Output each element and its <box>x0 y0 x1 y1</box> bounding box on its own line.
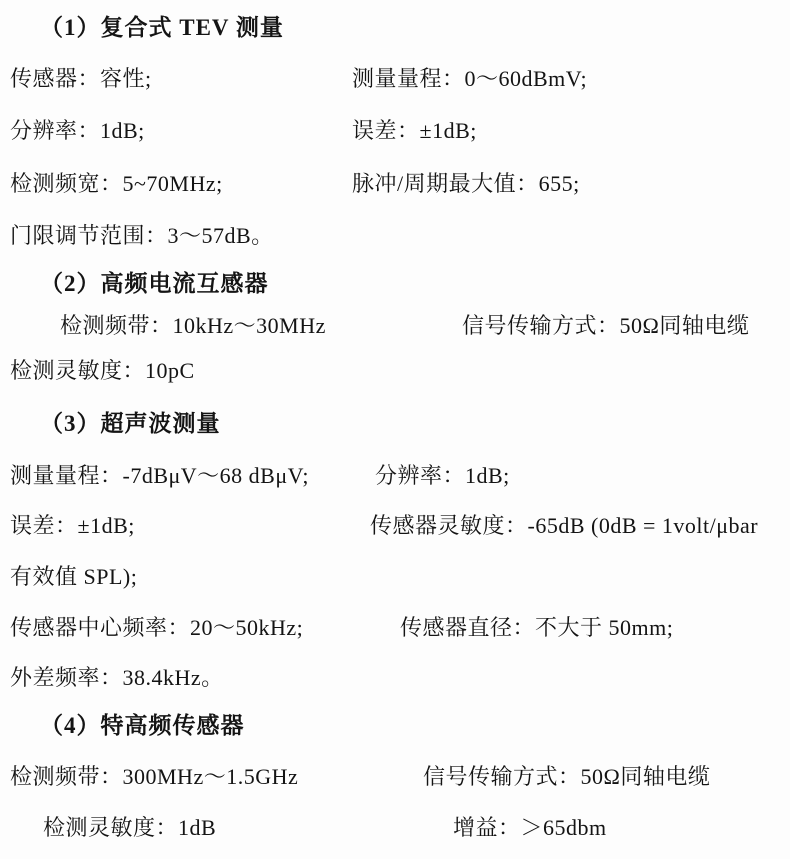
spec-ae-sensor-diameter: 传感器直径：不大于 50mm; <box>400 614 673 642</box>
spec-uhf-signal-transmission: 信号传输方式：50Ω同轴电缆 <box>423 763 710 791</box>
heading-uhf-sensor: （4）特高频传感器 <box>40 712 245 740</box>
spec-uhf-gain: 增益：＞65dbm <box>453 814 607 842</box>
spec-ae-resolution: 分辨率：1dB; <box>375 462 510 490</box>
spec-document-page: （1）复合式 TEV 测量 传感器：容性; 测量量程：0～60dBmV; 分辨率… <box>0 0 790 859</box>
spec-uhf-band: 检测频带：300MHz～1.5GHz <box>10 763 298 791</box>
spec-ae-range: 测量量程：-7dBμV～68 dBμV; <box>10 462 309 490</box>
spec-hfct-band: 检测频带：10kHz～30MHz <box>60 312 326 340</box>
heading-composite-tev-measurement: （1）复合式 TEV 测量 <box>40 14 284 42</box>
spec-error: 误差：±1dB; <box>352 117 477 145</box>
spec-ae-sensor-sensitivity: 传感器灵敏度：-65dB (0dB = 1volt/μbar <box>370 512 758 540</box>
heading-hf-current-transformer: （2）高频电流互感器 <box>40 270 269 298</box>
spec-pulse-cycle-max: 脉冲/周期最大值：655; <box>352 170 580 198</box>
spec-threshold-range: 门限调节范围：3～57dB。 <box>10 222 274 250</box>
spec-ae-sensitivity-continuation: 有效值 SPL); <box>10 563 137 591</box>
spec-measure-range: 测量量程：0～60dBmV; <box>352 65 587 93</box>
spec-ae-error: 误差：±1dB; <box>10 512 135 540</box>
spec-resolution: 分辨率：1dB; <box>10 117 145 145</box>
spec-detect-bandwidth: 检测频宽：5~70MHz; <box>10 170 223 198</box>
spec-uhf-sensitivity: 检测灵敏度：1dB <box>43 814 216 842</box>
spec-hfct-signal-transmission: 信号传输方式：50Ω同轴电缆 <box>462 312 749 340</box>
heading-ultrasonic-measurement: （3）超声波测量 <box>40 410 221 438</box>
spec-ae-heterodyne-frequency: 外差频率：38.4kHz。 <box>10 664 224 692</box>
spec-sensor-type: 传感器：容性; <box>10 65 152 93</box>
spec-ae-center-frequency: 传感器中心频率：20～50kHz; <box>10 614 303 642</box>
spec-hfct-sensitivity: 检测灵敏度：10pC <box>10 357 195 385</box>
